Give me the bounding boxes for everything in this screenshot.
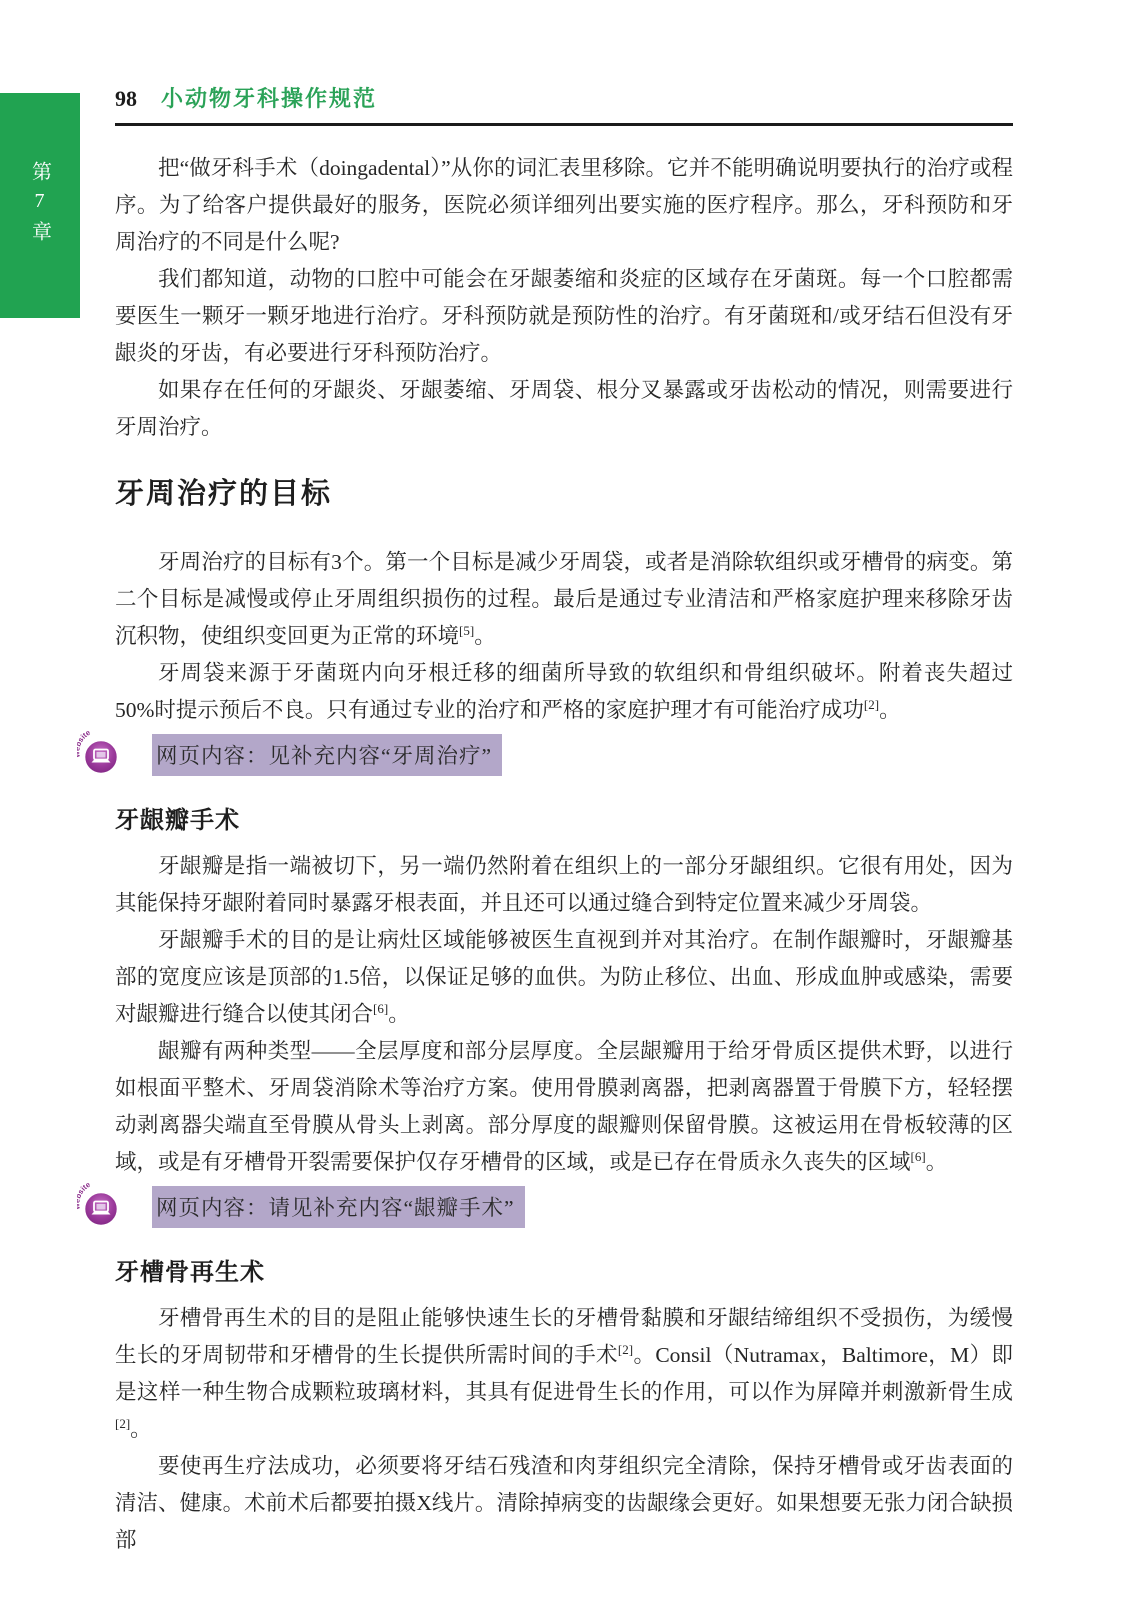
chapter-tab-label: 第7章	[26, 161, 55, 250]
paragraph-pockets: 牙周袋来源于牙菌斑内向牙根迁移的细菌所导致的软组织和骨组织破坏。附着丧失超过50…	[115, 655, 1013, 729]
paragraph-text: 。	[474, 624, 496, 648]
paragraph-intro: 把“做牙科手术（doingadental）”从你的词汇表里移除。它并不能明确说明…	[115, 150, 1013, 261]
paragraph-text: 牙龈瓣手术的目的是让病灶区域能够被医生直视到并对其治疗。在制作龈瓣时，牙龈瓣基部…	[115, 928, 1013, 1026]
footnote-ref: [2]	[864, 697, 879, 712]
footnote-ref: [5]	[459, 623, 474, 638]
footnote-ref: [6]	[373, 1001, 388, 1016]
paragraph-text: 。	[879, 698, 901, 722]
website-icon: website	[77, 1181, 123, 1227]
web-content-callout-flap: website 网页内容：请见补充内容“龈瓣手术”	[115, 1185, 1013, 1229]
paragraph-three-goals: 牙周治疗的目标有3个。第一个目标是减少牙周袋，或者是消除软组织或牙槽骨的病变。第…	[115, 544, 1013, 655]
paragraph-when-perio-needed: 如果存在任何的牙龈炎、牙龈萎缩、牙周袋、根分叉暴露或牙齿松动的情况，则需要进行牙…	[115, 372, 1013, 446]
paragraph-flap-types: 龈瓣有两种类型——全层厚度和部分层厚度。全层龈瓣用于给牙骨质区提供术野，以进行如…	[115, 1033, 1013, 1181]
paragraph-text: 。	[926, 1150, 948, 1174]
section-heading-periodontal-goals: 牙周治疗的目标	[115, 474, 1013, 514]
paragraph-text: 。	[388, 1002, 410, 1026]
footnote-ref: [6]	[911, 1149, 926, 1164]
book-title: 小动物牙科操作规范	[161, 82, 377, 113]
paragraph-flap-definition: 牙龈瓣是指一端被切下，另一端仍然附着在组织上的一部分牙龈组织。它很有用处，因为其…	[115, 848, 1013, 922]
paragraph-text: 牙周治疗的目标有3个。第一个目标是减少牙周袋，或者是消除软组织或牙槽骨的病变。第…	[115, 550, 1013, 648]
website-icon: website	[77, 729, 123, 775]
web-content-label: 网页内容：见补充内容“牙周治疗”	[152, 734, 502, 776]
paragraph-plaque: 我们都知道，动物的口腔中可能会在牙龈萎缩和炎症的区域存在牙菌斑。每一个口腔都需要…	[115, 261, 1013, 372]
chapter-tab: 第7章	[0, 93, 80, 318]
footnote-ref: [2]	[115, 1416, 130, 1431]
web-content-label: 网页内容：请见补充内容“龈瓣手术”	[152, 1186, 525, 1228]
section-heading-gingival-flap: 牙龈瓣手术	[115, 805, 1013, 838]
paragraph-text: 龈瓣有两种类型——全层厚度和部分层厚度。全层龈瓣用于给牙骨质区提供术野，以进行如…	[115, 1039, 1013, 1174]
paragraph-regeneration-success: 要使再生疗法成功，必须要将牙结石残渣和肉芽组织完全清除，保持牙槽骨或牙齿表面的清…	[115, 1448, 1013, 1559]
page-header: 98 小动物牙科操作规范	[115, 82, 1013, 126]
page-number: 98	[115, 86, 137, 112]
paragraph-flap-purpose: 牙龈瓣手术的目的是让病灶区域能够被医生直视到并对其治疗。在制作龈瓣时，牙龈瓣基部…	[115, 922, 1013, 1033]
section-heading-alveolar-regeneration: 牙槽骨再生术	[115, 1257, 1013, 1290]
footnote-ref: [2]	[618, 1342, 633, 1357]
page-content: 98 小动物牙科操作规范 把“做牙科手术（doingadental）”从你的词汇…	[115, 82, 1013, 1559]
paragraph-regeneration-purpose: 牙槽骨再生术的目的是阻止能够快速生长的牙槽骨黏膜和牙龈结缔组织不受损伤，为缓慢生…	[115, 1300, 1013, 1448]
paragraph-text: 。	[130, 1417, 152, 1441]
web-content-callout-periodontal: website 网页内容：见补充内容“牙周治疗”	[115, 733, 1013, 777]
